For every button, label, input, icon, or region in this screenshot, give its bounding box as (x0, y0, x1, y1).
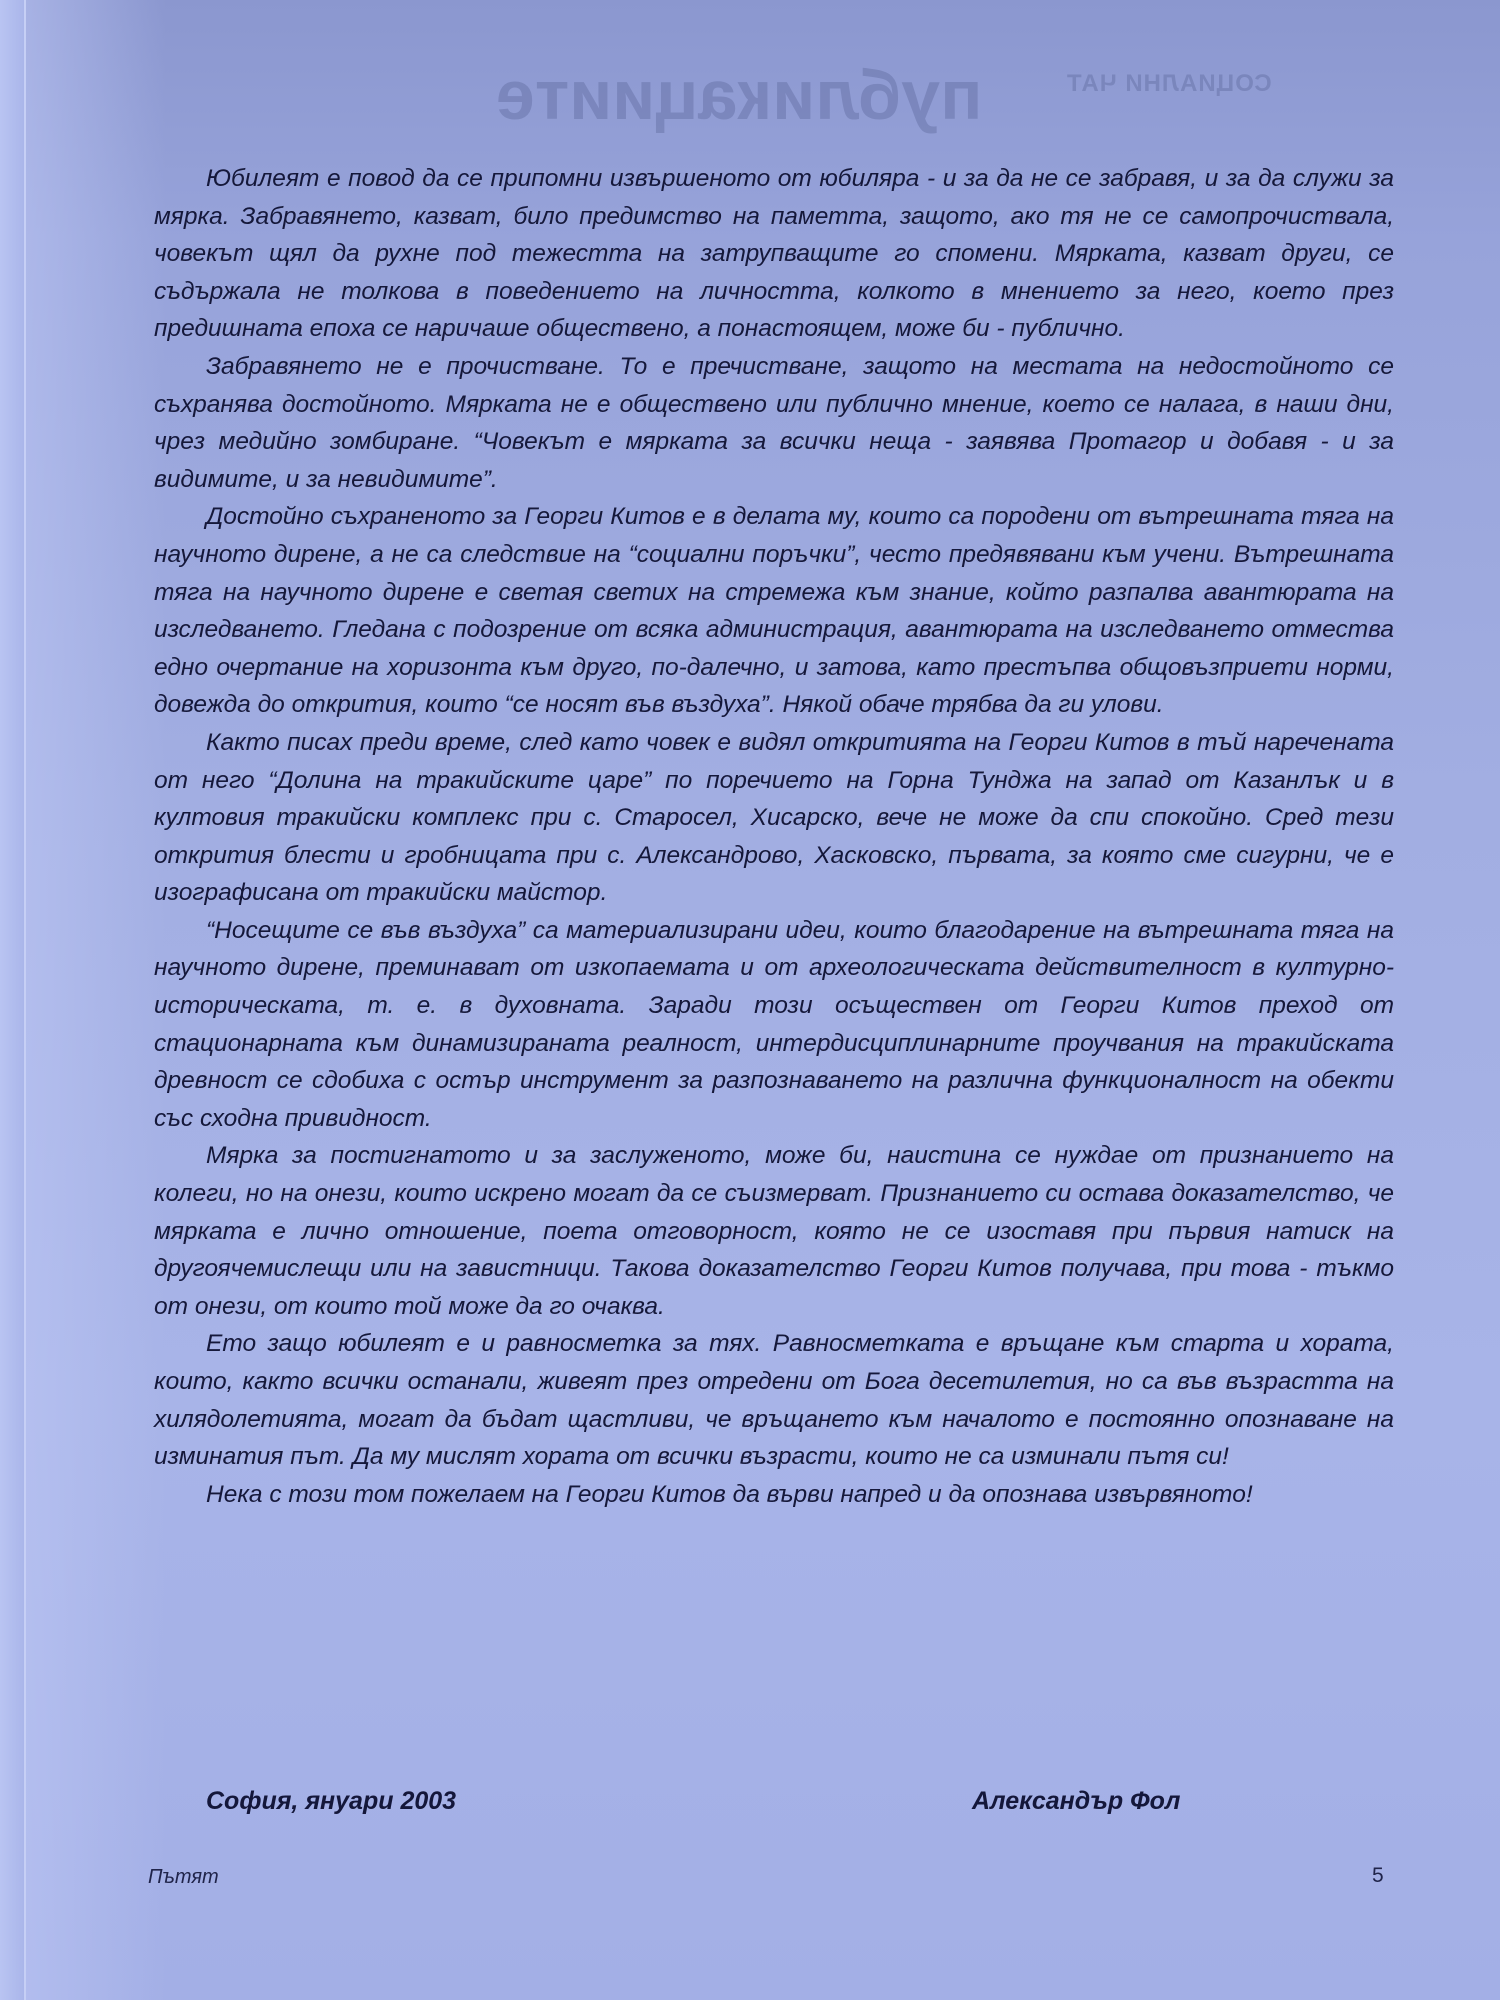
paragraph: Мярка за постигнатото и за заслуженото, … (154, 1137, 1394, 1325)
article-body: Юбилеят е повод да се припомни извършено… (154, 160, 1394, 1513)
bleed-through-header: СОЦИАЛНИ ЧАТ (1066, 70, 1272, 98)
author-signature: Александър Фол (972, 1787, 1180, 1816)
paragraph: Ето защо юбилеят е и равносметка за тях.… (154, 1325, 1394, 1475)
page-number: 5 (1372, 1864, 1384, 1888)
adjacent-page-edge (0, 0, 24, 2000)
bleed-through-title: публикациите (496, 55, 982, 135)
place-date: София, януари 2003 (206, 1787, 456, 1816)
paragraph: Нека с този том пожелаем на Георги Китов… (154, 1476, 1394, 1514)
paragraph: “Носещите се във въздуха” са материализи… (154, 912, 1394, 1138)
paragraph: Забравянето не е прочистване. То е пречи… (154, 348, 1394, 498)
paragraph: Юбилеят е повод да се припомни извършено… (154, 160, 1394, 348)
paragraph: Достойно съхраненото за Георги Китов е в… (154, 498, 1394, 724)
running-footer-title: Пътят (148, 1866, 219, 1889)
paragraph: Както писах преди време, след като човек… (154, 724, 1394, 912)
